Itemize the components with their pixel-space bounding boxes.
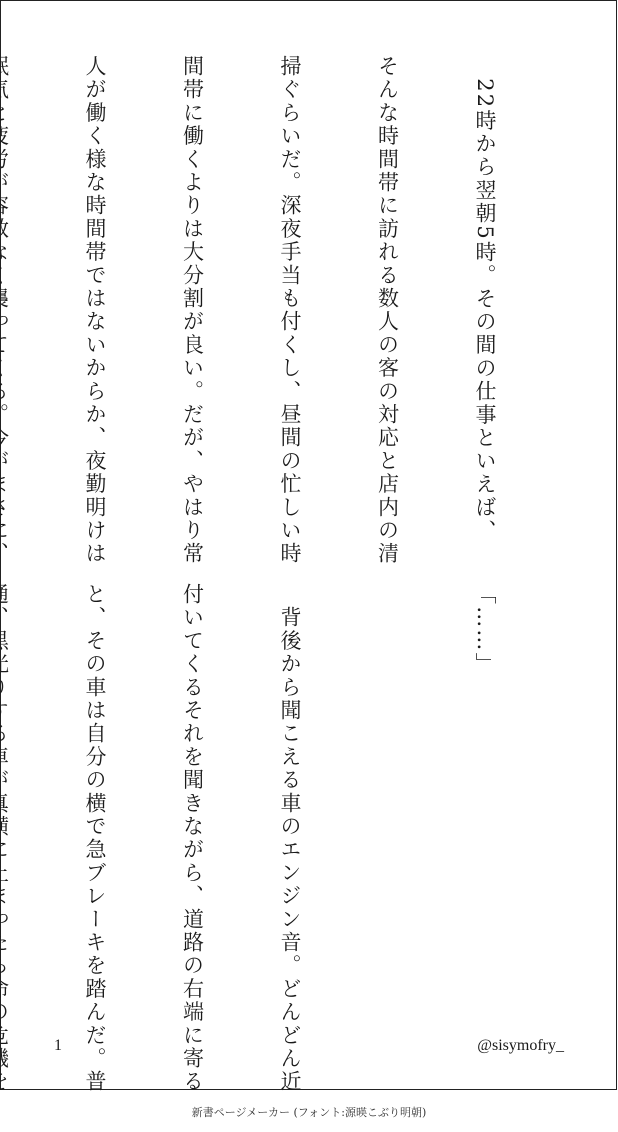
text-block-top: 22時から翌朝5時。その間の仕事といえば、 そんな時間帯に訪れる数人の客の対応と… xyxy=(0,55,566,520)
text-line: 「……」 xyxy=(469,583,502,1013)
blank-line: ​ xyxy=(371,583,404,1013)
text-line: 人が働く様な時間帯ではないからか、夜勤明けは xyxy=(79,55,112,520)
text-line: と、その車は自分の横で急ブレーキを踏んだ。普 xyxy=(79,583,112,1013)
text-line: 22時から翌朝5時。その間の仕事といえば、 xyxy=(469,55,502,520)
text-line: 間帯に働くよりは大分割が良い。だが、やはり常 xyxy=(176,55,209,520)
page-number: 1 xyxy=(54,1037,62,1055)
text-line: そんな時間帯に訪れる数人の客の対応と店内の清 xyxy=(371,55,404,520)
generator-caption: 新書ページメーカー (フォント:源暎こぶり明朝) xyxy=(0,1104,618,1120)
text-line: 付いてくるそれを聞きながら、道路の右端に寄る xyxy=(176,583,209,1013)
text-line: 通、黒光りする車が真横に止まったら命の危機を xyxy=(0,583,14,1013)
text-line: 背後から聞こえる車のエンジン音。どんどん近 xyxy=(274,583,307,1013)
text-line: 眠気と疲労が容赦なく襲ってくる。今がまさに、 xyxy=(0,55,14,520)
author-handle: @sisymofry_ xyxy=(477,1037,564,1055)
text-line: 掃ぐらいだ。深夜手当も付くし、昼間の忙しい時 xyxy=(274,55,307,520)
text-block-bottom: 「……」 ​ 背後から聞こえる車のエンジン音。どんどん近 付いてくるそれを聞きな… xyxy=(0,583,566,1013)
novel-page: 22時から翌朝5時。その間の仕事といえば、 そんな時間帯に訪れる数人の客の対応と… xyxy=(0,0,617,1090)
